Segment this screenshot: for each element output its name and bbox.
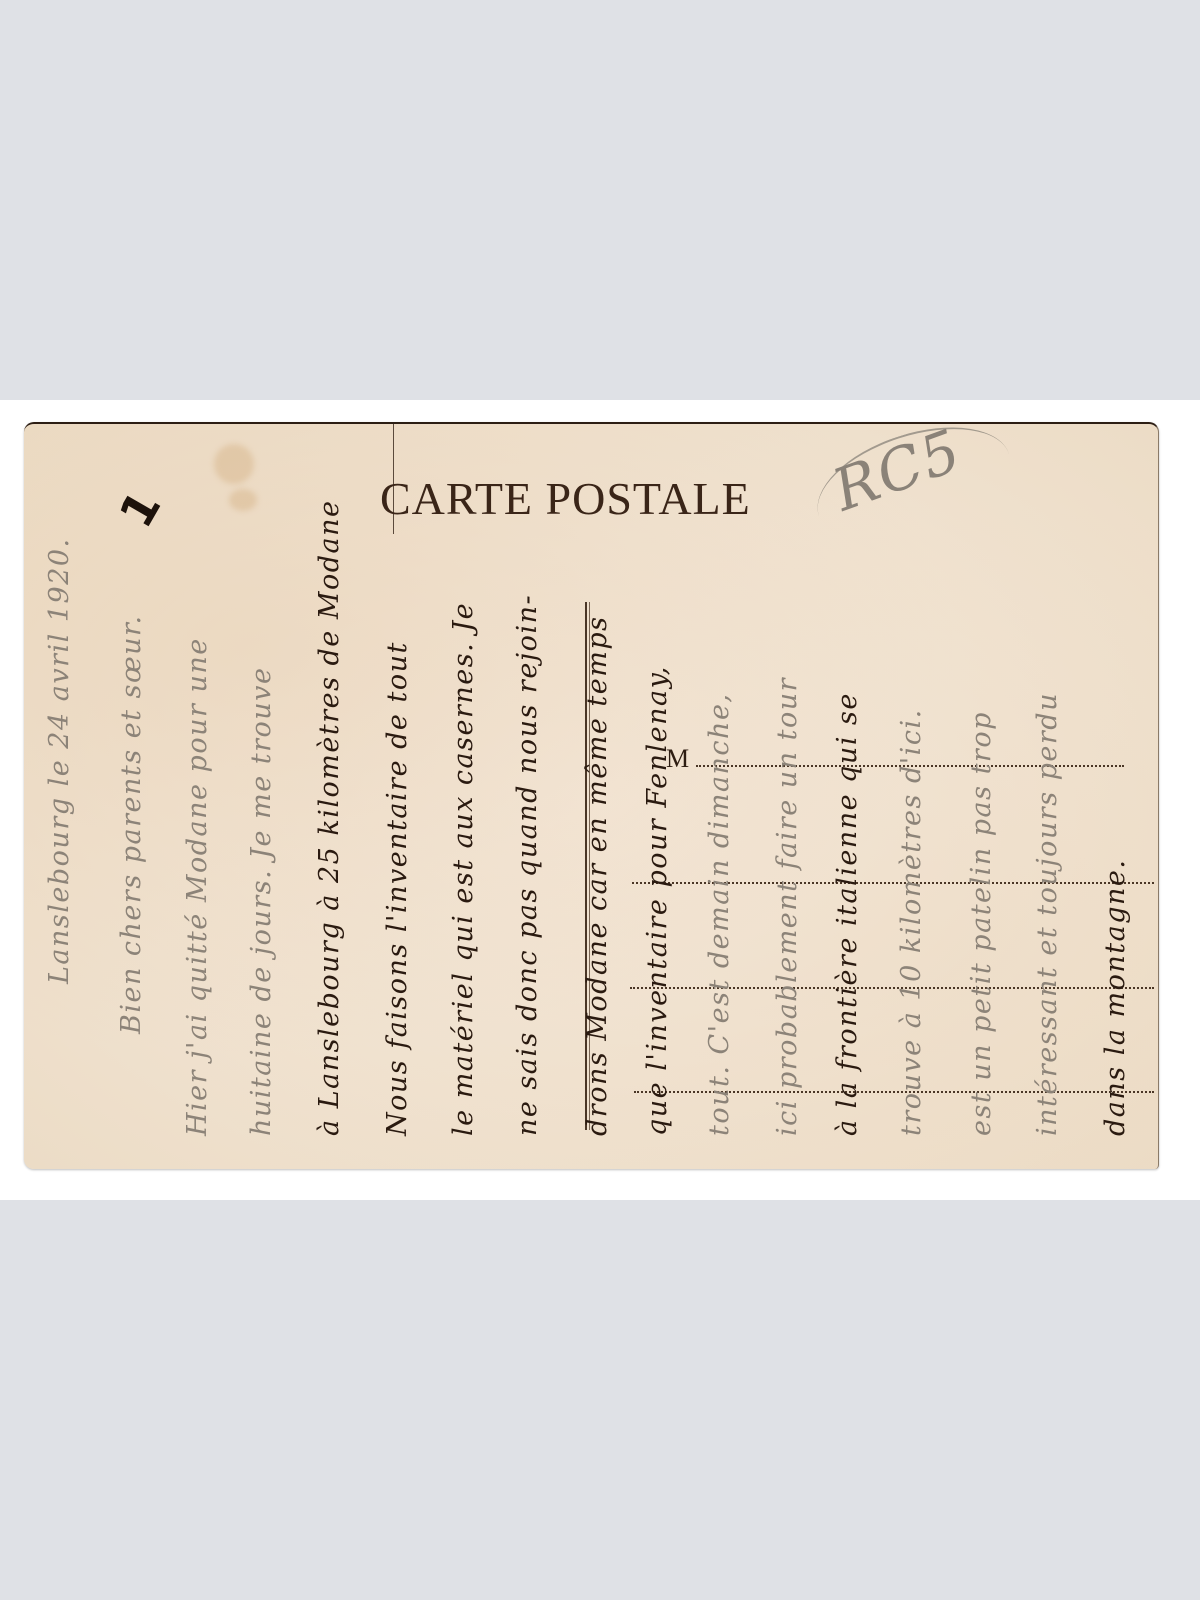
message-line: que l'inventaire pour Fenlenay, — [642, 665, 673, 1136]
message-line: drons Modane car en même temps — [582, 616, 613, 1136]
message-line: huitaine de jours. Je me trouve — [246, 667, 277, 1136]
message-line: le matériel qui est aux casernes. Je — [448, 602, 479, 1136]
message-line: Bien chers parents et sœur. — [116, 614, 147, 1034]
message-line: ne sais donc pas quand nous rejoin- — [512, 594, 543, 1136]
page-number-mark: 1 — [109, 482, 172, 537]
message-line: trouve à 10 kilomètres d'ici. — [896, 708, 927, 1136]
message-line: Hier j'ai quitté Modane pour une — [182, 637, 213, 1136]
message-line: à Lanslebourg à 25 kilomètres de Modane — [314, 499, 345, 1136]
postcard-heading: CARTE POSTALE — [380, 472, 751, 525]
message-line: tout. C'est demain dimanche, — [704, 692, 735, 1136]
message-line: est un petit patelin pas trop — [966, 711, 997, 1136]
stain — [214, 444, 254, 484]
message-line: à la frontière italienne qui se — [832, 692, 863, 1136]
stain — [229, 489, 257, 511]
message-line: dans la montagne. — [1100, 859, 1131, 1136]
message-line: intéressant et toujours perdu — [1032, 692, 1063, 1136]
message-line: ici probablement faire un tour — [772, 677, 803, 1136]
postcard-back: CARTE POSTALE M 1 RC5 Lanslebourg le 24 … — [24, 422, 1159, 1169]
message-line: Lanslebourg le 24 avril 1920. — [44, 537, 75, 984]
message-line: Nous faisons l'inventaire de tout — [382, 641, 413, 1136]
